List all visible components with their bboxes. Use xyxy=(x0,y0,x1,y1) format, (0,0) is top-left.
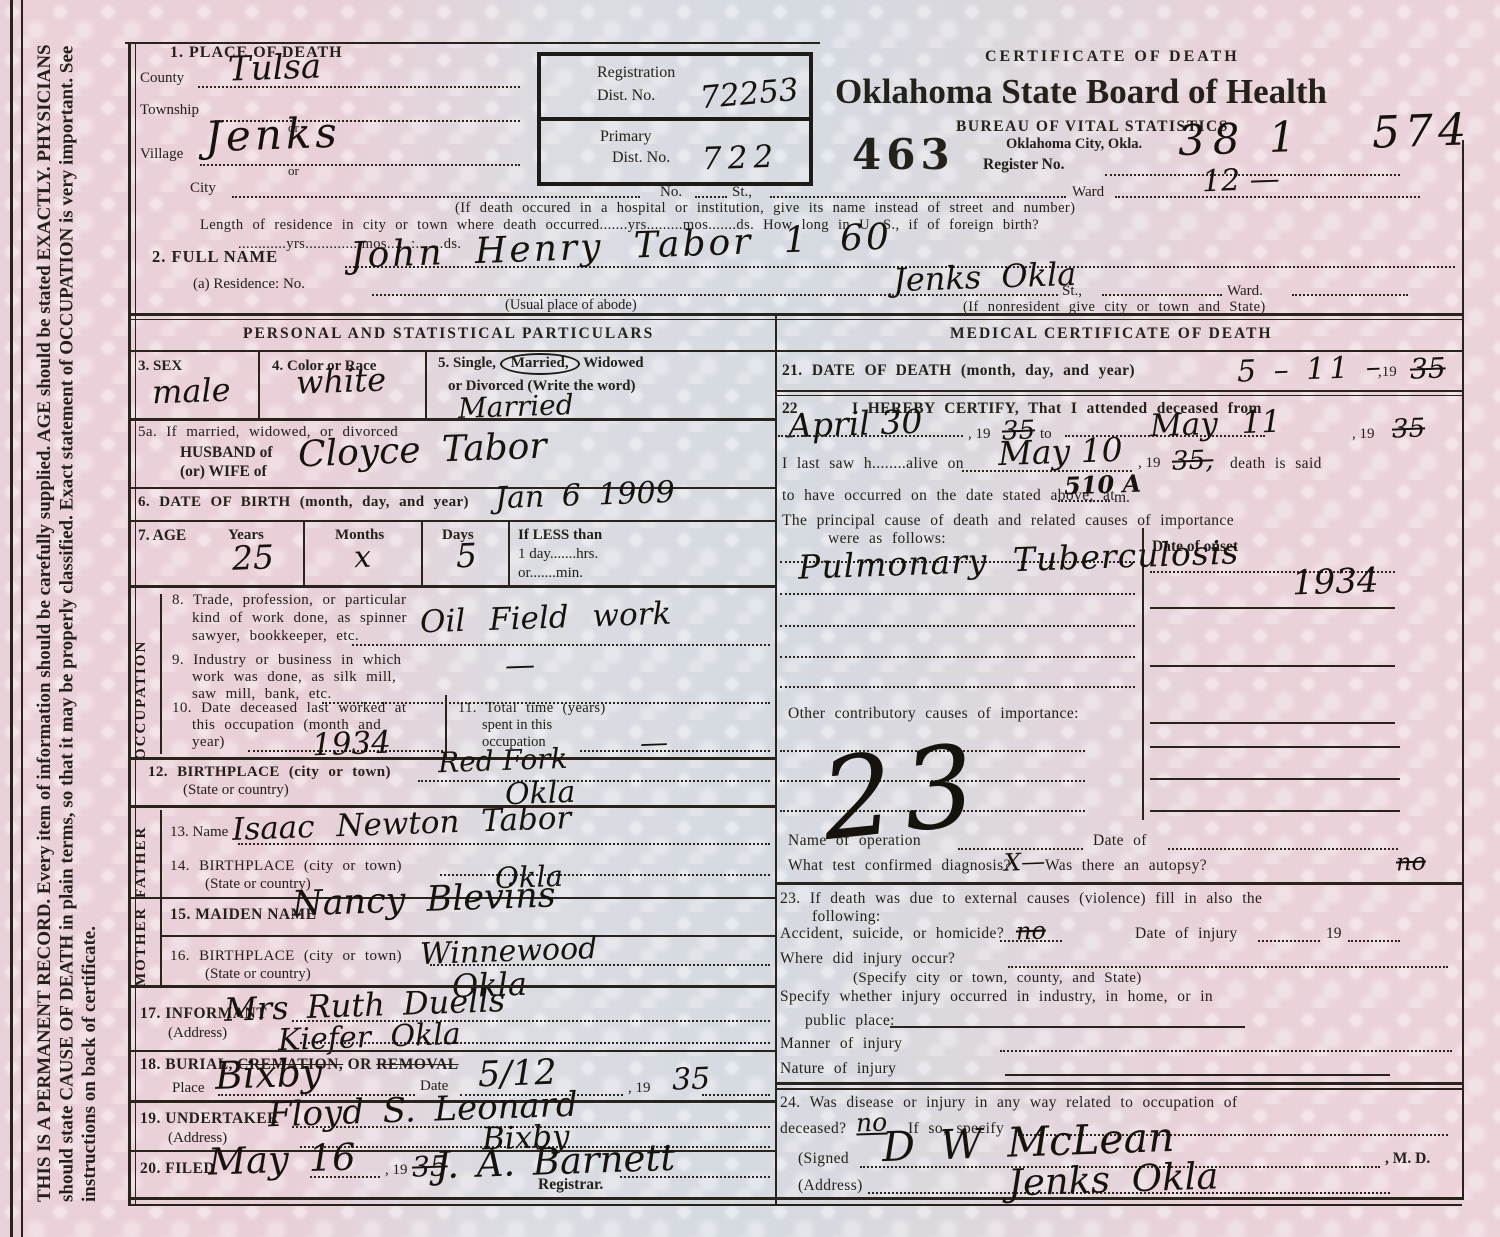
last-saw-year-value: 35, xyxy=(1171,445,1213,476)
birthplace-label: 12. BIRTHPLACE (city or town) xyxy=(148,764,391,781)
external-causes-label-2: following: xyxy=(812,908,881,926)
marital-label: 5. Single, Married, Widowed xyxy=(438,355,644,372)
stamp-number: 463 xyxy=(852,130,955,179)
nature-of-injury-label: Nature of injury xyxy=(780,1060,896,1078)
street-no-line xyxy=(695,196,727,198)
attended-to-value: May 11 xyxy=(1149,404,1281,445)
contributory-line-right xyxy=(1150,746,1400,748)
total-time-value: — xyxy=(639,726,668,760)
total-time-label-2: spent in this xyxy=(482,717,552,734)
where-injury-label: Where did injury occur? xyxy=(780,950,955,968)
register-no-label: Register No. xyxy=(983,156,1065,174)
test-label: What test confirmed diagnosis? xyxy=(788,857,1011,875)
city-label: City xyxy=(190,180,216,197)
medical-section-heading: MEDICAL CERTIFICATE OF DEATH xyxy=(950,325,1273,343)
residence-label: (a) Residence: No. xyxy=(193,276,305,293)
form-border-bottom-inner xyxy=(128,1204,1462,1206)
margin-note: THIS IS A PERMANENT RECORD. Every item o… xyxy=(34,42,126,1202)
date-of-death-year-value: 35 xyxy=(1409,351,1446,385)
register-no-value-3: 12 — xyxy=(1201,162,1280,200)
death-certificate-scan: THIS IS A PERMANENT RECORD. Every item o… xyxy=(0,0,1500,1237)
mother-birthplace-sub: (State or country) xyxy=(205,966,311,983)
external-causes-label: 23. If death was due to external causes … xyxy=(780,890,1262,908)
manner-of-injury-label: Manner of injury xyxy=(780,1035,902,1053)
manner-of-injury-line xyxy=(1000,1050,1452,1052)
primary-label: Primary xyxy=(600,128,652,146)
full-name-label: 2. FULL NAME xyxy=(152,247,278,267)
operation-date-label: Date of xyxy=(1093,832,1147,850)
register-no-value-1: 38 1 xyxy=(1177,112,1304,165)
form-border-bottom xyxy=(128,1197,1462,1200)
register-no-value-2: 574 xyxy=(1371,104,1472,158)
residence-value: Jenks Okla xyxy=(892,255,1077,299)
death-said-label: death is said xyxy=(1230,455,1322,473)
attended-from-value: April 30 xyxy=(787,402,923,446)
test-value: X— xyxy=(1004,847,1046,876)
age-less-label: If LESS than xyxy=(518,527,602,544)
age-years-value: 25 xyxy=(231,537,274,577)
onset-line xyxy=(1150,607,1395,609)
industry-value: — xyxy=(504,647,535,683)
time-line xyxy=(1058,500,1110,502)
rule-line xyxy=(775,882,1462,885)
age-less-line2: 1 day.......hrs. xyxy=(518,546,598,563)
street-label-2: St., xyxy=(1062,283,1082,300)
injury-year-line xyxy=(1348,940,1400,942)
onset-line xyxy=(1150,665,1395,667)
age-days-value: 5 xyxy=(455,536,477,576)
public-place-line xyxy=(890,1026,1245,1028)
attended-year2-label: , 19 xyxy=(1352,426,1375,443)
rule-line xyxy=(128,1050,775,1052)
injury-year-label: 19 xyxy=(1326,925,1342,943)
street-line-2 xyxy=(1102,294,1222,296)
date-of-death-value: 5 – 11 – xyxy=(1236,349,1385,389)
rule-line xyxy=(775,395,1462,396)
registration-dist-no-label: Dist. No. xyxy=(597,87,655,105)
accident-label: Accident, suicide, or homicide? xyxy=(780,925,1004,943)
certificate-of-death-title: CERTIFICATE OF DEATH xyxy=(985,48,1240,66)
personal-section-heading: PERSONAL AND STATISTICAL PARTICULARS xyxy=(243,325,654,343)
ward-label-2: Ward. xyxy=(1227,283,1263,300)
undertaker-label: 19. UNDERTAKER xyxy=(140,1110,279,1128)
industry-label-1: 9. Industry or business in which xyxy=(172,652,401,669)
total-time-label-1: 11. Total time (years) xyxy=(458,700,606,717)
signed-label: (Signed xyxy=(798,1150,849,1168)
father-birthplace-line xyxy=(440,874,770,876)
nonresident-note: (If nonresident give city or town and St… xyxy=(963,299,1266,316)
hospital-note: (If death occured in a hospital or insti… xyxy=(455,200,1075,217)
cause-line xyxy=(780,656,1135,658)
marital-label-part2: Widowed xyxy=(583,355,644,371)
occupation-related-label: 24. Was disease or injury in any way rel… xyxy=(780,1094,1238,1112)
date-of-death-year-label: ,19 xyxy=(1378,364,1397,381)
contributory-line-right xyxy=(1150,778,1400,780)
date-of-injury-line xyxy=(1258,940,1320,942)
autopsy-value: no xyxy=(1396,847,1427,876)
principal-cause-label-1: The principal cause of death and related… xyxy=(782,512,1234,530)
rule-line xyxy=(775,390,1462,392)
wife-of-label: (or) WIFE of xyxy=(180,463,267,481)
village-label: Village xyxy=(140,146,183,163)
last-saw-year-label: , 19 xyxy=(1138,455,1161,472)
marital-label-part1: 5. Single, xyxy=(438,355,496,371)
or-label: or xyxy=(288,163,299,179)
physician-address-value: Jenks Okla xyxy=(1007,1154,1219,1204)
primary-dist-no-label: Dist. No. xyxy=(612,149,670,167)
cause-line xyxy=(780,686,1135,688)
cell-divider xyxy=(508,520,510,585)
primary-dist-no-value: 722 xyxy=(701,139,779,178)
attended-year2-value: 35 xyxy=(1391,413,1425,444)
section-divider-inner xyxy=(128,319,1462,320)
village-value: Jenks xyxy=(204,108,341,162)
industry-label-2: work was done, as silk mill, xyxy=(192,669,396,686)
cell-divider xyxy=(258,352,260,418)
occupation-bracket xyxy=(160,594,162,754)
form-border-left xyxy=(128,42,131,1205)
bureau-city: Oklahoma City, Okla. xyxy=(1006,136,1142,153)
burial-place-value: Bixby xyxy=(214,1050,323,1098)
trade-line xyxy=(352,644,770,646)
registration-box-divider xyxy=(537,117,813,121)
rule-line xyxy=(775,1082,1462,1085)
autopsy-label: Was there an autopsy? xyxy=(1045,857,1207,875)
burial-line-end xyxy=(702,1094,770,1096)
father-vertical-label: FATHER xyxy=(133,810,150,898)
total-time-line xyxy=(580,750,770,752)
township-label: Township xyxy=(140,102,199,119)
date-of-birth-value: Jan 6 1909 xyxy=(494,475,675,516)
husband-of-label: HUSBAND of xyxy=(180,444,273,462)
burial-place-label: Place xyxy=(172,1080,204,1097)
last-worked-label-1: 10. Date deceased last worked at xyxy=(172,700,406,717)
date-of-birth-label: 6. DATE OF BIRTH (month, day, and year) xyxy=(138,494,469,511)
age-label: 7. AGE xyxy=(138,527,186,545)
cell-divider xyxy=(421,520,423,585)
last-saw-value: May 10 xyxy=(997,430,1123,473)
registrar-label: Registrar. xyxy=(538,1176,603,1194)
filed-line xyxy=(310,1176,380,1178)
last-worked-label-3: year) xyxy=(192,734,225,751)
ward-label: Ward xyxy=(1072,184,1104,201)
rule-line xyxy=(128,487,775,489)
date-of-injury-label: Date of injury xyxy=(1135,925,1238,943)
date-of-onset-value: 1934 xyxy=(1291,561,1379,604)
trade-label-2: kind of work done, as spinner xyxy=(192,610,407,627)
trade-value: Oil Field work xyxy=(419,596,671,641)
birthplace-line xyxy=(418,780,770,782)
ward-line-2 xyxy=(1292,294,1408,296)
date-of-death-label: 21. DATE OF DEATH (month, day, and year) xyxy=(782,362,1135,380)
nature-of-injury-line xyxy=(1005,1074,1390,1076)
form-border-right xyxy=(1462,140,1464,1200)
board-of-health-title: Oklahoma State Board of Health xyxy=(835,72,1327,112)
public-place-label: public place: xyxy=(805,1012,895,1030)
cell-divider xyxy=(425,352,427,418)
physician-address-label: (Address) xyxy=(798,1177,863,1195)
street-label: St., xyxy=(732,184,752,201)
maiden-name-value: Nancy Blevins xyxy=(291,875,556,924)
where-injury-line xyxy=(1008,966,1448,968)
village-line xyxy=(200,164,520,166)
city-line xyxy=(232,196,640,198)
registration-label: Registration xyxy=(597,64,675,82)
specify-whether-label: Specify whether injury occurred in indus… xyxy=(780,988,1213,1006)
trade-label-3: sawyer, bookkeeper, etc. xyxy=(192,628,359,645)
husband-wife-value: Cloyce Tabor xyxy=(297,426,547,476)
occupation-vertical-label: OCCUPATION xyxy=(133,592,150,760)
attended-from-line xyxy=(778,435,963,437)
md-label: , M. D. xyxy=(1385,1150,1430,1168)
filed-label: 20. FILED xyxy=(140,1160,215,1178)
father-name-label: 13. Name xyxy=(170,824,228,841)
abode-note: (Usual place of abode) xyxy=(505,297,637,314)
cause-line xyxy=(780,625,1135,627)
operation-date-line xyxy=(1168,848,1398,850)
margin-line xyxy=(21,0,23,1237)
rule-line xyxy=(128,520,775,522)
operation-label: Name of operation xyxy=(788,832,921,850)
race-value: white xyxy=(295,360,386,401)
last-saw-label: I last saw h........alive on xyxy=(782,455,964,473)
father-bracket xyxy=(160,810,162,897)
contributory-line-right xyxy=(1150,810,1400,812)
mother-vertical-label: MOTHER xyxy=(133,899,150,987)
filed-year-label: , 19 xyxy=(385,1162,408,1179)
rule-line xyxy=(775,1088,1462,1090)
county-label: County xyxy=(140,70,184,87)
cause-line xyxy=(780,593,1135,595)
age-less-line3: or.......min. xyxy=(518,565,583,582)
mother-birthplace-label: 16. BIRTHPLACE (city or town) xyxy=(170,948,402,965)
registrar-line xyxy=(620,1176,770,1178)
accident-value: no xyxy=(1016,916,1047,945)
sex-value: male xyxy=(151,371,231,412)
specify-note: (Specify city or town, county, and State… xyxy=(853,970,1142,987)
father-birthplace-label: 14. BIRTHPLACE (city or town) xyxy=(170,858,402,875)
birthplace-sub-label: (State or country) xyxy=(183,782,289,799)
margin-line xyxy=(10,0,13,1237)
cell-divider xyxy=(303,520,305,585)
street-line xyxy=(770,196,1066,198)
birthplace-value: Red Fork xyxy=(437,742,568,780)
street-no-label: No. xyxy=(660,184,682,201)
column-divider xyxy=(775,313,777,1205)
burial-year-value: 35 xyxy=(671,1061,710,1097)
county-value: Tulsa xyxy=(227,46,322,89)
contributory-label: Other contributory causes of importance: xyxy=(788,705,1079,723)
age-months-value: x xyxy=(353,540,371,576)
burial-year-label: , 19 xyxy=(628,1080,651,1097)
burial-label-or: OR xyxy=(348,1056,372,1073)
marital-circled-word: Married, xyxy=(500,353,580,375)
rule-line xyxy=(128,350,775,352)
trade-label-1: 8. Trade, profession, or particular xyxy=(172,592,406,609)
burial-label-removal: REMOVAL xyxy=(376,1056,458,1073)
onset-line xyxy=(1150,722,1395,724)
informant-address-label: (Address) xyxy=(168,1025,227,1042)
time-m-label: m. xyxy=(1114,489,1130,507)
rule-line xyxy=(128,418,775,421)
attended-year1-label: , 19 xyxy=(968,426,991,443)
deceased-label: deceased? xyxy=(780,1120,846,1138)
rule-line xyxy=(128,585,775,588)
mother-bracket xyxy=(160,899,162,985)
